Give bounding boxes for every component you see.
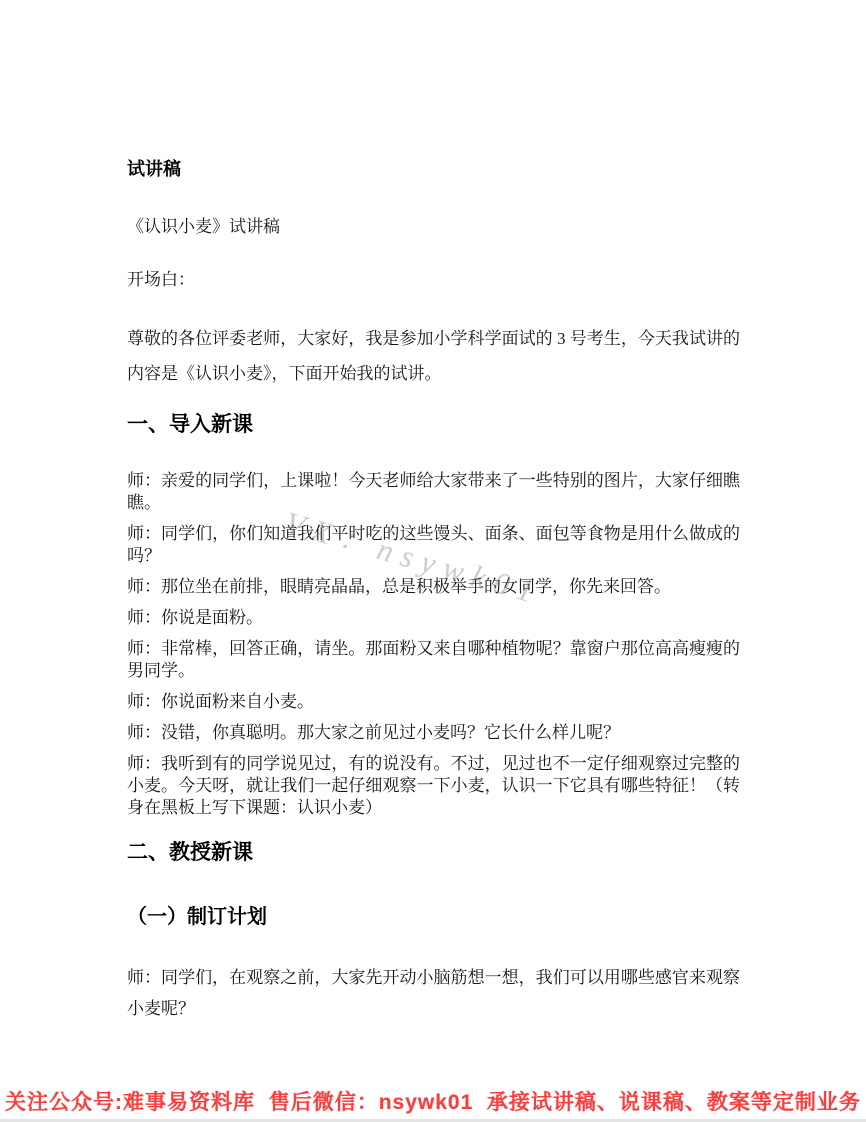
footer-promo-text: 关注公众号:难事易资料库 售后微信：nsywk01 承接试讲稿、说课稿、教案等定… bbox=[5, 1091, 861, 1115]
dialog-paragraph: 师：非常棒，回答正确，请坐。那面粉又来自哪种植物呢？靠窗户那位高高瘦瘦的男同学。 bbox=[127, 638, 740, 682]
doc-title: 试讲稿 bbox=[127, 157, 740, 181]
dialog-paragraph: 师：你说是面粉。 bbox=[127, 607, 740, 629]
doc-subtitle: 《认识小麦》试讲稿 bbox=[127, 215, 740, 239]
dialog-paragraph: 师：没错，你真聪明。那大家之前见过小麦吗？它长什么样儿呢？ bbox=[127, 722, 740, 744]
dialog-paragraph: 师：同学们，你们知道我们平时吃的这些馒头、面条、面包等食物是用什么做成的吗？ bbox=[127, 523, 740, 567]
closing-paragraph: 师：同学们，在观察之前，大家先开动小脑筋想一想，我们可以用哪些感官来观察小麦呢？ bbox=[127, 962, 740, 1024]
section-2-heading: 二、教授新课 bbox=[127, 839, 740, 866]
dialog-paragraph: 师：你说面粉来自小麦。 bbox=[127, 691, 740, 713]
opening-label: 开场白： bbox=[127, 268, 740, 292]
section-1-heading: 一、导入新课 bbox=[127, 411, 740, 438]
dialog-paragraph: 师：亲爱的同学们，上课啦！今天老师给大家带来了一些特别的图片，大家仔细瞧瞧。 bbox=[127, 470, 740, 514]
dialog-paragraph: 师：我听到有的同学说见过，有的说没有。不过，见过也不一定仔细观察过完整的小麦。今… bbox=[127, 753, 740, 819]
footer-banner: 关注公众号:难事易资料库 售后微信：nsywk01 承接试讲稿、说课稿、教案等定… bbox=[0, 1086, 866, 1122]
document-page: 试讲稿《认识小麦》试讲稿开场白：尊敬的各位评委老师，大家好，我是参加小学科学面试… bbox=[0, 0, 866, 1122]
opening-paragraph: 尊敬的各位评委老师，大家好，我是参加小学科学面试的 3 号考生，今天我试讲的内容… bbox=[127, 321, 740, 391]
document-body: 试讲稿《认识小麦》试讲稿开场白：尊敬的各位评委老师，大家好，我是参加小学科学面试… bbox=[127, 157, 740, 1024]
subsection-1-heading: （一）制订计划 bbox=[127, 904, 740, 930]
dialog-paragraph: 师：那位坐在前排，眼睛亮晶晶，总是积极举手的女同学，你先来回答。 bbox=[127, 576, 740, 598]
